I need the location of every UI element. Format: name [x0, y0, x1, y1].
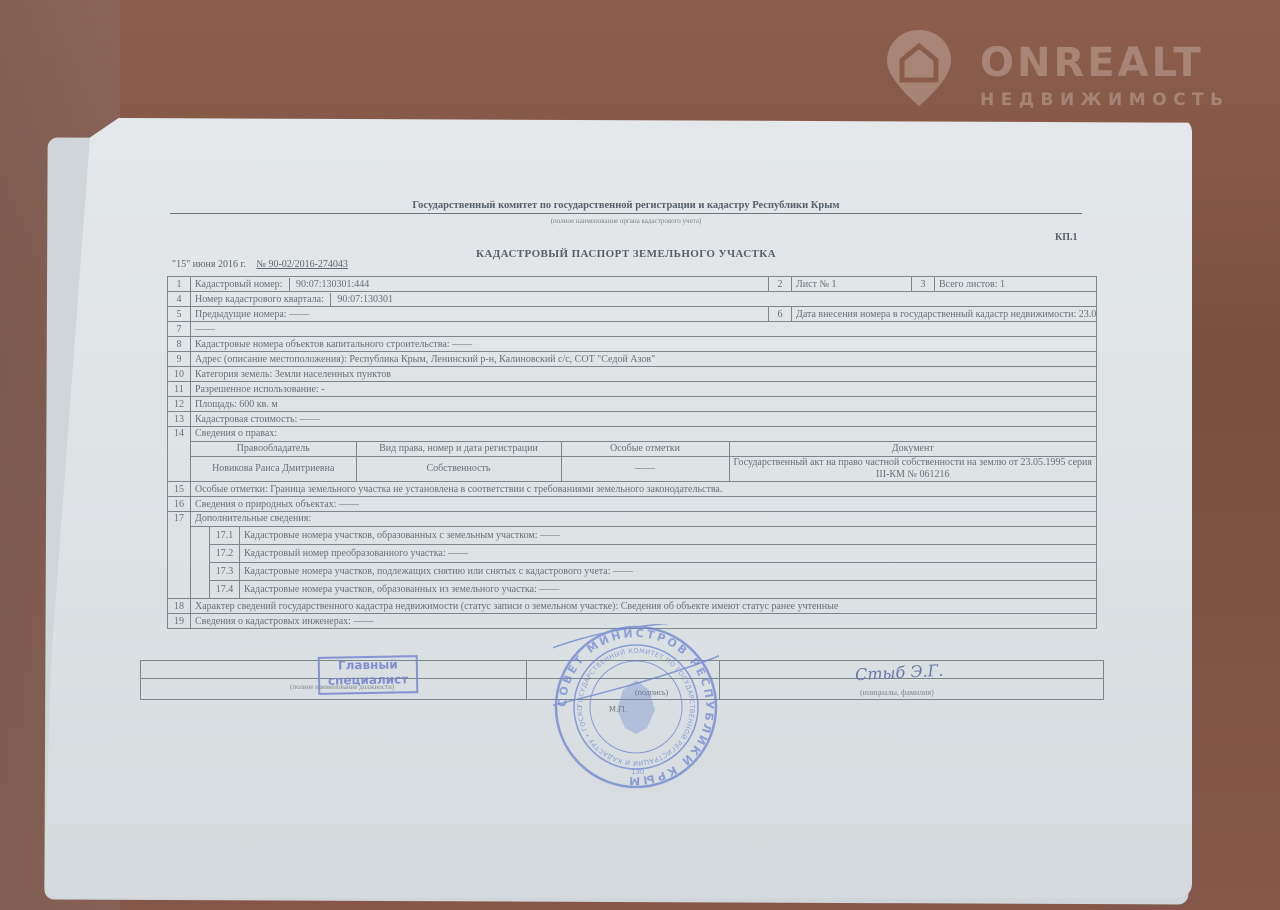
- document-date: "15" июня 2016 г. № 90-02/2016-274043: [172, 259, 348, 270]
- row-number: 11: [168, 382, 191, 397]
- sub-row-number: 17.4: [210, 581, 240, 599]
- sub-row-text: Кадастровые номера участков, образованны…: [240, 527, 1097, 545]
- land-category: Категория земель: Земли населенных пункт…: [191, 367, 1097, 382]
- row-number: 12: [168, 397, 191, 412]
- rights-label: Сведения о правах:: [191, 427, 1096, 441]
- row-number: 9: [168, 352, 191, 367]
- date-text: "15" июня 2016 г.: [172, 259, 246, 270]
- previous-numbers-cell: Предыдущие номера: ——: [191, 307, 769, 322]
- cadastral-value-cell: Кадастровая стоимость: ——: [191, 412, 1097, 427]
- row-number: 17: [168, 512, 191, 599]
- row-number: 5: [168, 307, 191, 322]
- sub-row-number: 17.1: [210, 527, 240, 545]
- svg-text:М.П.: М.П.: [609, 705, 627, 714]
- additional-info-cell: Дополнительные сведения: 17.1 Кадастровы…: [191, 512, 1097, 599]
- special-notes: ——: [561, 457, 729, 482]
- quarter-number-value: 90:07:130301: [330, 293, 393, 306]
- table-row: 5 Предыдущие номера: —— 6 Дата внесения …: [168, 307, 1097, 322]
- rights-cell: Сведения о правах: Правообладатель Вид п…: [191, 427, 1097, 482]
- field-value: ——: [539, 584, 559, 595]
- column-header: Особые отметки: [561, 442, 729, 457]
- sub-row-number: 17.2: [210, 545, 240, 563]
- table-row: 14 Сведения о правах: Правообладатель Ви…: [168, 427, 1097, 482]
- cadastral-number-value: 90:07:130301:444: [289, 278, 369, 291]
- field-label: Сведения о кадастровых инженерах:: [195, 616, 351, 627]
- additional-info-table: 17.1 Кадастровые номера участков, образо…: [209, 527, 1096, 598]
- field-value: ——: [448, 548, 468, 559]
- row7-value: ——: [191, 322, 1097, 337]
- permitted-use: Разрешенное использование: -: [191, 382, 1097, 397]
- sub-row-text: Кадастровые номера участков, образованны…: [240, 581, 1097, 599]
- right-type: Собственность: [356, 457, 561, 482]
- additional-info-label: Дополнительные сведения:: [191, 512, 1096, 527]
- name-caption: (инициалы, фамилия): [860, 688, 934, 697]
- sub-row-text: Кадастровые номера участков, подлежащих …: [240, 563, 1097, 581]
- row-number: 2: [769, 277, 792, 292]
- sub-row: 17.1 Кадастровые номера участков, образо…: [210, 527, 1097, 545]
- official-seal-icon: СОВЕТ МИНИСТРОВ РЕСПУБЛИКИ КРЫМ ГОСУДАРС…: [553, 624, 719, 790]
- right-document: Государственный акт на право частной соб…: [729, 457, 1096, 482]
- row-number: 13: [168, 412, 191, 427]
- row-number: 1: [168, 277, 191, 292]
- svg-text:130: 130: [631, 768, 644, 776]
- field-label: Сведения о природных объектах:: [195, 499, 336, 510]
- cadastral-number-cell: Кадастровый номер: 90:07:130301:444: [191, 277, 769, 292]
- field-label: Кадастровая стоимость:: [195, 414, 297, 425]
- field-value: ——: [300, 414, 320, 425]
- row-number: 10: [168, 367, 191, 382]
- row-number: 6: [769, 307, 792, 322]
- special-marks: Особые отметки: Граница земельного участ…: [191, 482, 1097, 497]
- field-value: ——: [339, 499, 359, 510]
- sheet-number: Лист № 1: [792, 277, 912, 292]
- table-row: 15 Особые отметки: Граница земельного уч…: [168, 482, 1097, 497]
- sub-row: 17.3 Кадастровые номера участков, подлеж…: [210, 563, 1097, 581]
- column-header: Документ: [729, 442, 1096, 457]
- table-row: 7 ——: [168, 322, 1097, 337]
- form-code: КП.1: [1055, 232, 1078, 243]
- row-number: 15: [168, 482, 191, 497]
- organization-underline: [170, 213, 1082, 214]
- row-number: 4: [168, 292, 191, 307]
- organization-caption: (полное наименование органа кадастрового…: [170, 217, 1082, 225]
- field-label: Кадастровые номера участков, образованны…: [244, 530, 537, 541]
- right-holder: Новикова Раиса Дмитриевна: [191, 457, 356, 482]
- field-label: Кадастровый номер:: [195, 279, 282, 290]
- natural-objects-cell: Сведения о природных объектах: ——: [191, 497, 1097, 512]
- field-label: Кадастровые номера участков, образованны…: [244, 584, 537, 595]
- row-number: 8: [168, 337, 191, 352]
- field-label: Номер кадастрового квартала:: [195, 294, 324, 305]
- field-value: ——: [540, 530, 560, 541]
- record-status: Характер сведений государственного кадас…: [191, 599, 1097, 614]
- area: Площадь: 600 кв. м: [191, 397, 1097, 412]
- cadastral-table: 1 Кадастровый номер: 90:07:130301:444 2 …: [167, 276, 1097, 629]
- field-value: ——: [452, 339, 472, 350]
- table-row: 9 Адрес (описание местоположения): Респу…: [168, 352, 1097, 367]
- column-header: Вид права, номер и дата регистрации: [356, 442, 561, 457]
- field-value: ——: [353, 616, 373, 627]
- quarter-number-cell: Номер кадастрового квартала: 90:07:13030…: [191, 292, 1097, 307]
- table-row: 8 Кадастровые номера объектов капитально…: [168, 337, 1097, 352]
- capital-objects-cell: Кадастровые номера объектов капитального…: [191, 337, 1097, 352]
- table-row: 16 Сведения о природных объектах: ——: [168, 497, 1097, 512]
- row-number: 19: [168, 614, 191, 629]
- field-label: Кадастровые номера участков, подлежащих …: [244, 566, 610, 577]
- table-row: 4 Номер кадастрового квартала: 90:07:130…: [168, 292, 1097, 307]
- table-row: 10 Категория земель: Земли населенных пу…: [168, 367, 1097, 382]
- position-stamp: Главный специалист: [318, 655, 419, 695]
- field-value: ——: [613, 566, 633, 577]
- document-number: № 90-02/2016-274043: [256, 259, 347, 270]
- divider: [719, 661, 720, 699]
- table-row: 11 Разрешенное использование: -: [168, 382, 1097, 397]
- row-number: 18: [168, 599, 191, 614]
- table-row: 13 Кадастровая стоимость: ——: [168, 412, 1097, 427]
- cadastral-passport: Государственный комитет по государственн…: [0, 0, 1280, 910]
- rights-table: Правообладатель Вид права, номер и дата …: [191, 441, 1096, 481]
- field-label: Кадастровый номер преобразованного участ…: [244, 548, 446, 559]
- table-row: 12 Площадь: 600 кв. м: [168, 397, 1097, 412]
- field-label: Кадастровые номера объектов капитального…: [195, 339, 450, 350]
- address: Адрес (описание местоположения): Республ…: [191, 352, 1097, 367]
- total-sheets: Всего листов: 1: [935, 277, 1097, 292]
- row-number: 16: [168, 497, 191, 512]
- sub-row-text: Кадастровый номер преобразованного участ…: [240, 545, 1097, 563]
- organization-name: Государственный комитет по государственн…: [170, 200, 1082, 211]
- column-header: Правообладатель: [191, 442, 356, 457]
- rights-data-row: Новикова Раиса Дмитриевна Собственность …: [191, 457, 1096, 482]
- table-row: 1 Кадастровый номер: 90:07:130301:444 2 …: [168, 277, 1097, 292]
- previous-numbers-value: ——: [289, 309, 309, 320]
- field-label: Предыдущие номера:: [195, 309, 287, 320]
- sub-row: 17.4 Кадастровые номера участков, образо…: [210, 581, 1097, 599]
- row-number: 7: [168, 322, 191, 337]
- sub-row-number: 17.3: [210, 563, 240, 581]
- divider: [526, 661, 527, 699]
- sub-row: 17.2 Кадастровый номер преобразованного …: [210, 545, 1097, 563]
- registration-date: Дата внесения номера в государственный к…: [792, 307, 1097, 322]
- row-number: 14: [168, 427, 191, 482]
- table-row: 17 Дополнительные сведения: 17.1 Кадастр…: [168, 512, 1097, 599]
- rights-header-row: Правообладатель Вид права, номер и дата …: [191, 442, 1096, 457]
- row-number: 3: [912, 277, 935, 292]
- table-row: 18 Характер сведений государственного ка…: [168, 599, 1097, 614]
